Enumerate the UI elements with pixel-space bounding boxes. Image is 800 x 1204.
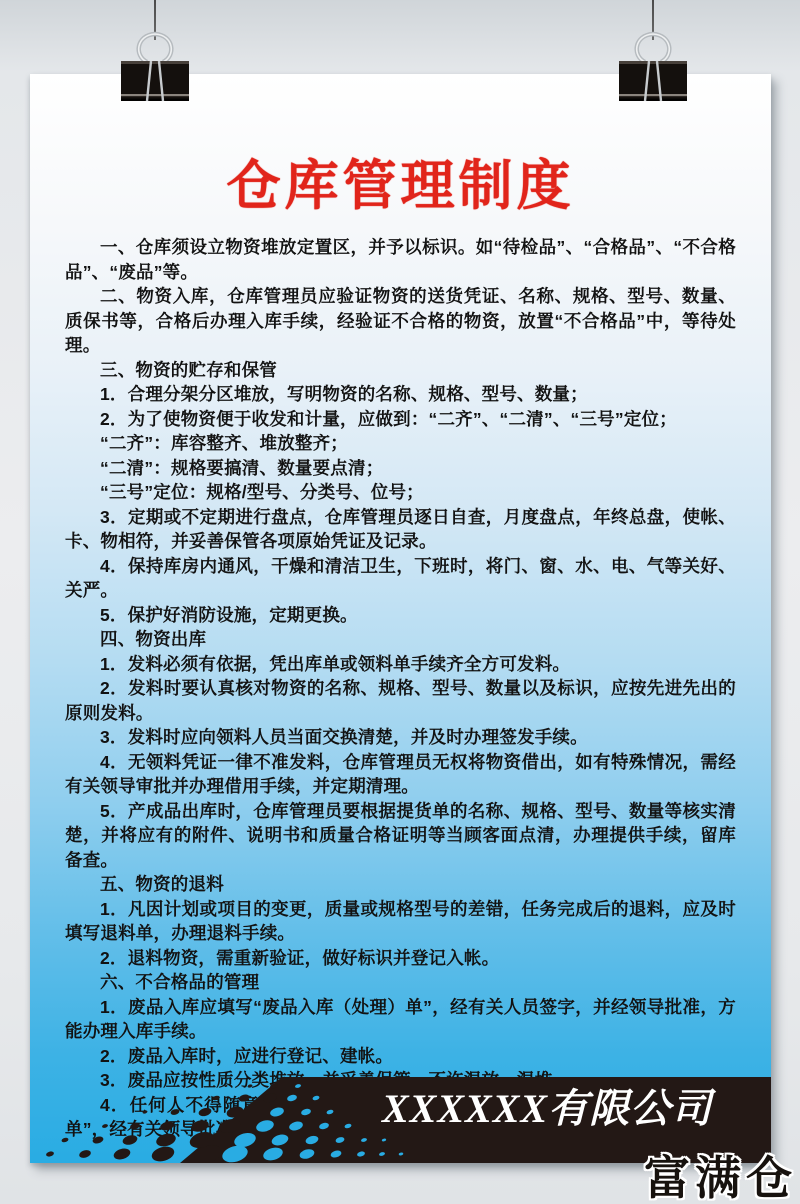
poster-sheet: 仓库管理制度 一、仓库须设立物资堆放定置区，并予以标识。如“待检品”、“合格品”…: [30, 74, 771, 1163]
footer-band: XXXXXX有限公司: [30, 1077, 771, 1163]
regulation-paragraph: 4．无领料凭证一律不准发料，仓库管理员无权将物资借出，如有特殊情况，需经有关领导…: [65, 750, 736, 799]
regulation-paragraph: 五、物资的退料: [65, 872, 736, 897]
binder-clip-left: [117, 24, 193, 104]
regulation-paragraph: 1．废品入库应填写“废品入库（处理）单”，经有关人员签字，并经领导批准，方能办理…: [65, 995, 736, 1044]
regulation-paragraph: 四、物资出库: [65, 627, 736, 652]
wall-background: { "poster": { "title": "仓库管理制度", "paragr…: [0, 0, 800, 1204]
regulation-paragraph: 二、物资入库，仓库管理员应验证物资的送货凭证、名称、规格、型号、数量、质保书等，…: [65, 284, 736, 358]
regulation-paragraph: 2．为了使物资便于收发和计量，应做到：“二齐”、“二清”、“三号”定位；: [65, 407, 736, 432]
regulation-paragraph: 5．产成品出库时，仓库管理员要根据提货单的名称、规格、型号、数量等核实清楚，并将…: [65, 799, 736, 873]
regulation-paragraph: 3．定期或不定期进行盘点，仓库管理员逐日自查，月度盘点，年终总盘，使帐、卡、物相…: [65, 505, 736, 554]
regulation-paragraph: 1．合理分架分区堆放，写明物资的名称、规格、型号、数量；: [65, 382, 736, 407]
regulation-paragraph: 六、不合格品的管理: [65, 970, 736, 995]
regulation-paragraph: 4．保持库房内通风，干燥和清洁卫生，下班时，将门、窗、水、电、气等关好、关严。: [65, 554, 736, 603]
regulations-text: 一、仓库须设立物资堆放定置区，并予以标识。如“待检品”、“合格品”、“不合格品”…: [30, 215, 771, 1142]
regulation-paragraph: 三、物资的贮存和保管: [65, 358, 736, 383]
regulation-paragraph: 1．发料必须有依据，凭出库单或领料单手续齐全方可发料。: [65, 652, 736, 677]
regulation-paragraph: “二齐”：库容整齐、堆放整齐；: [65, 431, 736, 456]
regulation-paragraph: 5．保护好消防设施，定期更换。: [65, 603, 736, 628]
regulation-paragraph: 2．发料时要认真核对物资的名称、规格、型号、数量以及标识，应按先进先出的原则发料…: [65, 676, 736, 725]
regulation-paragraph: “二清”：规格要搞清、数量要点清；: [65, 456, 736, 481]
watermark-text: 富满仓: [644, 1156, 797, 1202]
regulation-paragraph: “三号”定位：规格/型号、分类号、位号；: [65, 480, 736, 505]
company-name: XXXXXX有限公司: [382, 1089, 712, 1129]
regulation-paragraph: 2．废品入库时，应进行登记、建帐。: [65, 1044, 736, 1069]
regulation-paragraph: 一、仓库须设立物资堆放定置区，并予以标识。如“待检品”、“合格品”、“不合格品”…: [65, 235, 736, 284]
regulation-paragraph: 2．退料物资，需重新验证，做好标识并登记入帐。: [65, 946, 736, 971]
binder-clip-right: [615, 24, 691, 104]
regulation-paragraph: 3．发料时应向领料人员当面交换清楚，并及时办理签发手续。: [65, 725, 736, 750]
regulation-paragraph: 1．凡因计划或项目的变更，质量或规格型号的差错，任务完成后的退料，应及时填写退料…: [65, 897, 736, 946]
